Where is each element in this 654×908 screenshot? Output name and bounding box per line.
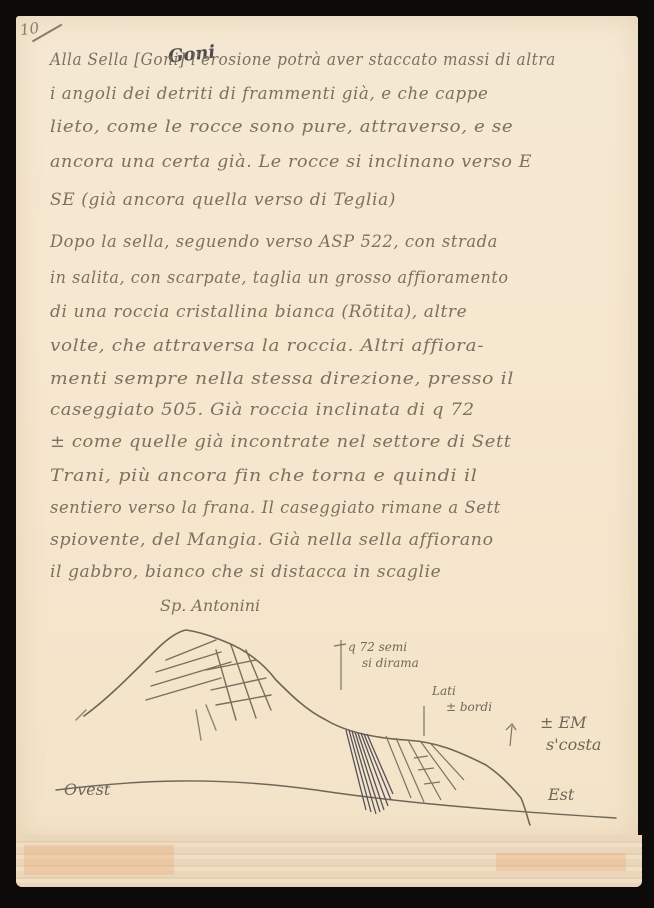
text-line: di una roccia cristallina bianca (Rōtita… (50, 302, 467, 322)
paper-stain (24, 845, 174, 875)
text-line: ancora una certa già. Le rocce si inclin… (50, 152, 532, 172)
text-line: i angoli dei detriti di frammenti già, e… (50, 84, 489, 104)
sketch-label-top-note: si dirama (362, 656, 419, 670)
sketch-label-right-note: ± EM (540, 713, 587, 732)
text-line: spiovente, del Mangia. Già nella sella a… (50, 530, 494, 550)
text-line: Trani, più ancora fin che torna e quindi… (50, 466, 478, 486)
sketch-label-right-note: s'costa (546, 735, 601, 754)
text-line: volte, che attraversa la roccia. Altri a… (50, 336, 484, 356)
sketch-label-east: Est (548, 785, 574, 804)
text-line: sentiero verso la frana. Il caseggiato r… (50, 498, 501, 518)
sketch-label-mid-note: Lati (432, 684, 456, 698)
text-line: Dopo la sella, seguendo verso ASP 522, c… (50, 232, 498, 252)
text-line: lieto, come le rocce sono pure, attraver… (50, 117, 513, 137)
text-line: Alla Sella [Goni] l'erosione potrà aver … (50, 50, 556, 70)
text-line: in salita, con scarpate, taglia un gross… (50, 268, 509, 288)
sketch-label-west: Ovest (64, 780, 110, 799)
sketch-label-mid-note: ± bordi (446, 700, 492, 714)
text-line: SE (già ancora quella verso di Teglia) (50, 190, 396, 210)
page-stack-edges (16, 835, 642, 887)
text-line: il gabbro, bianco che si distacca in sca… (50, 562, 441, 582)
paper-stain (496, 853, 626, 871)
text-line: menti sempre nella stessa direzione, pre… (50, 369, 514, 389)
text-line: caseggiato 505. Già roccia inclinata di … (50, 400, 475, 420)
text-line: ± come quelle già incontrate nel settore… (50, 432, 512, 452)
sketch-label-top-note: q 72 semi (348, 640, 407, 654)
